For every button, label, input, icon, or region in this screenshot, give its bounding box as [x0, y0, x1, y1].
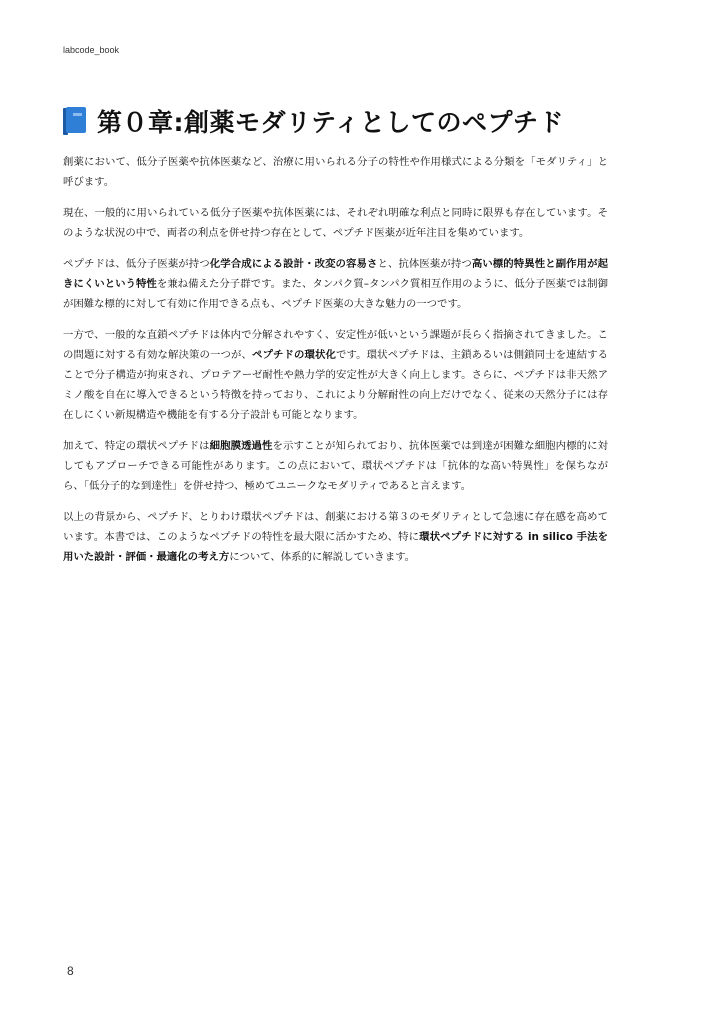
emphasis-text: 化学合成による設計・改変の容易さ	[210, 258, 378, 270]
paragraph: ペプチドは、低分子医薬が持つ化学合成による設計・改変の容易さと、抗体医薬が持つ高…	[63, 254, 608, 314]
body-text: について、体系的に解説していきます。	[229, 551, 415, 563]
blue-book-icon	[63, 107, 87, 135]
chapter-heading: 第０章:創薬モダリティとしてのペプチド	[63, 103, 564, 139]
paragraph: 以上の背景から、ペプチド、とりわけ環状ペプチドは、創薬における第３のモダリティと…	[63, 507, 608, 567]
chapter-body: 創薬において、低分子医薬や抗体医薬など、治療に用いられる分子の特性や作用様式によ…	[63, 152, 608, 578]
body-text: 創薬において、低分子医薬や抗体医薬など、治療に用いられる分子の特性や作用様式によ…	[63, 156, 608, 188]
paragraph: 現在、一般的に用いられている低分子医薬や抗体医薬には、それぞれ明確な利点と同時に…	[63, 203, 608, 243]
body-text: 現在、一般的に用いられている低分子医薬や抗体医薬には、それぞれ明確な利点と同時に…	[63, 207, 608, 239]
body-text: ペプチドは、低分子医薬が持つ	[63, 258, 210, 270]
paragraph: 加えて、特定の環状ペプチドは細胞膜透過性を示すことが知られており、抗体医薬では到…	[63, 436, 608, 496]
body-text: と、抗体医薬が持つ	[377, 258, 471, 270]
body-text: 加えて、特定の環状ペプチドは	[63, 440, 210, 452]
running-header: labcode_book	[63, 45, 119, 55]
emphasis-text: 細胞膜透過性	[210, 440, 273, 452]
paragraph: 創薬において、低分子医薬や抗体医薬など、治療に用いられる分子の特性や作用様式によ…	[63, 152, 608, 192]
page-number: 8	[67, 964, 74, 978]
chapter-title: 第０章:創薬モダリティとしてのペプチド	[97, 103, 564, 139]
paragraph: 一方で、一般的な直鎖ペプチドは体内で分解されやすく、安定性が低いという課題が長ら…	[63, 325, 608, 425]
emphasis-text: ペプチドの環状化	[252, 349, 336, 361]
